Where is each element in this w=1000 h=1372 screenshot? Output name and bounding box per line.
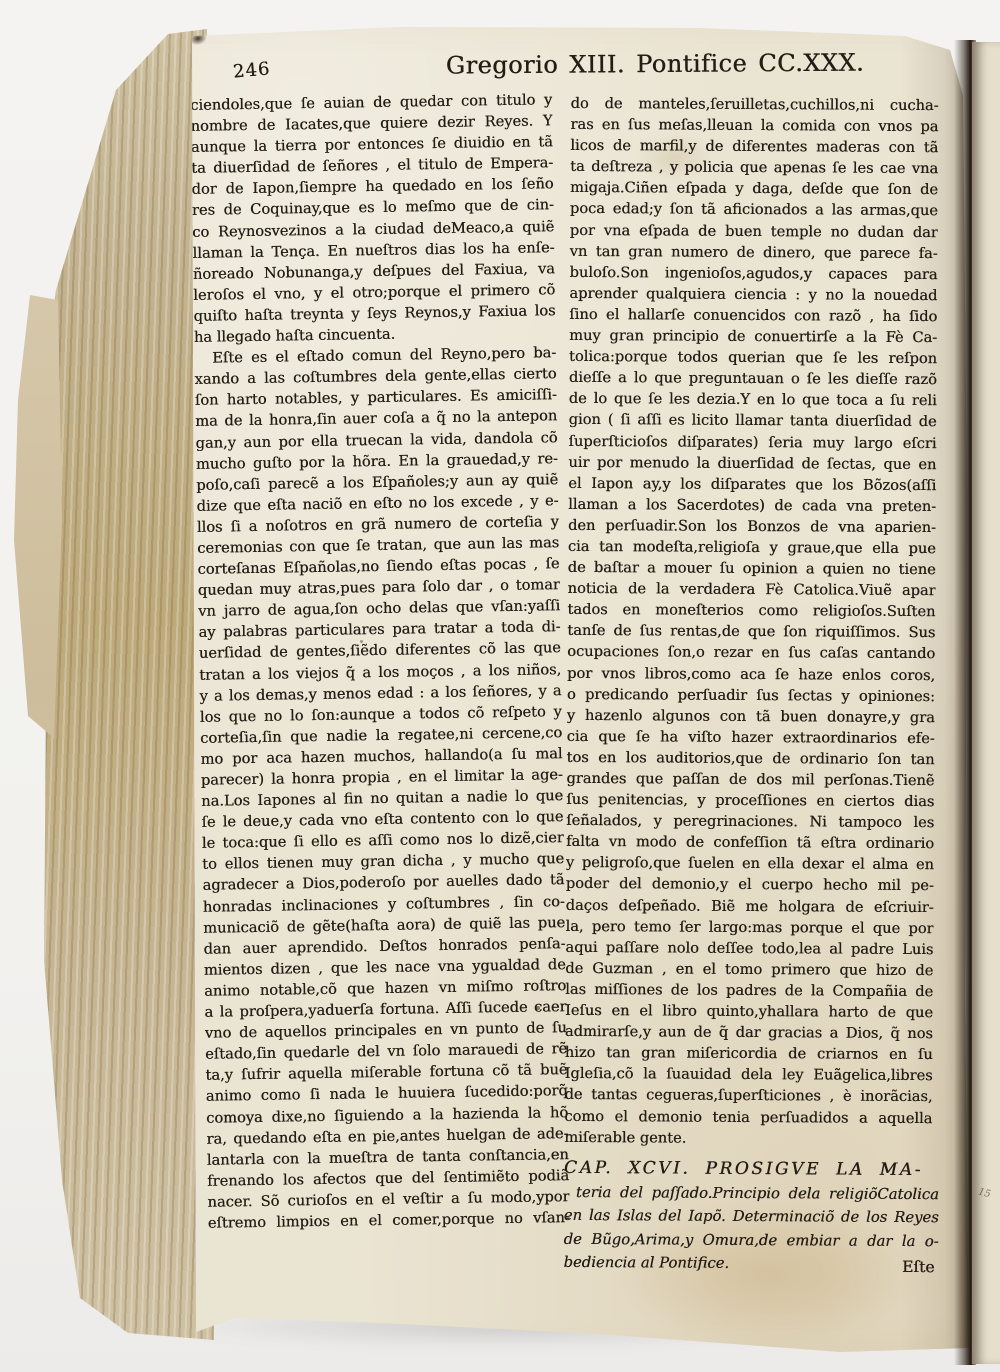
chapter-title: CAP. XCVI. PROSIGVE LA MA-: [564, 1155, 939, 1183]
text-column-left: ciendoles,que ſe auian de quedar con tit…: [190, 89, 570, 1234]
page-number: 246: [232, 58, 271, 82]
chapter-heading-block: CAP. XCVI. PROSIGVE LA MA- teria del paſ…: [563, 1155, 939, 1277]
chapter-summary: teria del paſſado.Principio dela religiõ…: [563, 1181, 939, 1277]
paragraph-customs: Eſte es el eſtado comun del Reyno,pero b…: [194, 342, 570, 1234]
margin-mark: 15: [977, 1187, 992, 1201]
running-title: Gregorio XIII. Pontifice CC.XXX.: [415, 48, 895, 79]
photo-background: 246 Gregorio XIII. Pontifice CC.XXX. cie…: [0, 0, 1000, 1372]
catchword: Eſte: [902, 1258, 935, 1276]
paragraph-customs-continuation: do de manteles,ſeruilletas,cuchillos,ni …: [564, 93, 938, 1150]
text-column-right: do de manteles,ſeruilletas,cuchillos,ni …: [563, 93, 938, 1277]
paragraph-kingdom-continuation: ciendoles,que ſe auian de quedar con tit…: [190, 89, 556, 348]
facing-page-sliver: 15: [972, 42, 1000, 1364]
